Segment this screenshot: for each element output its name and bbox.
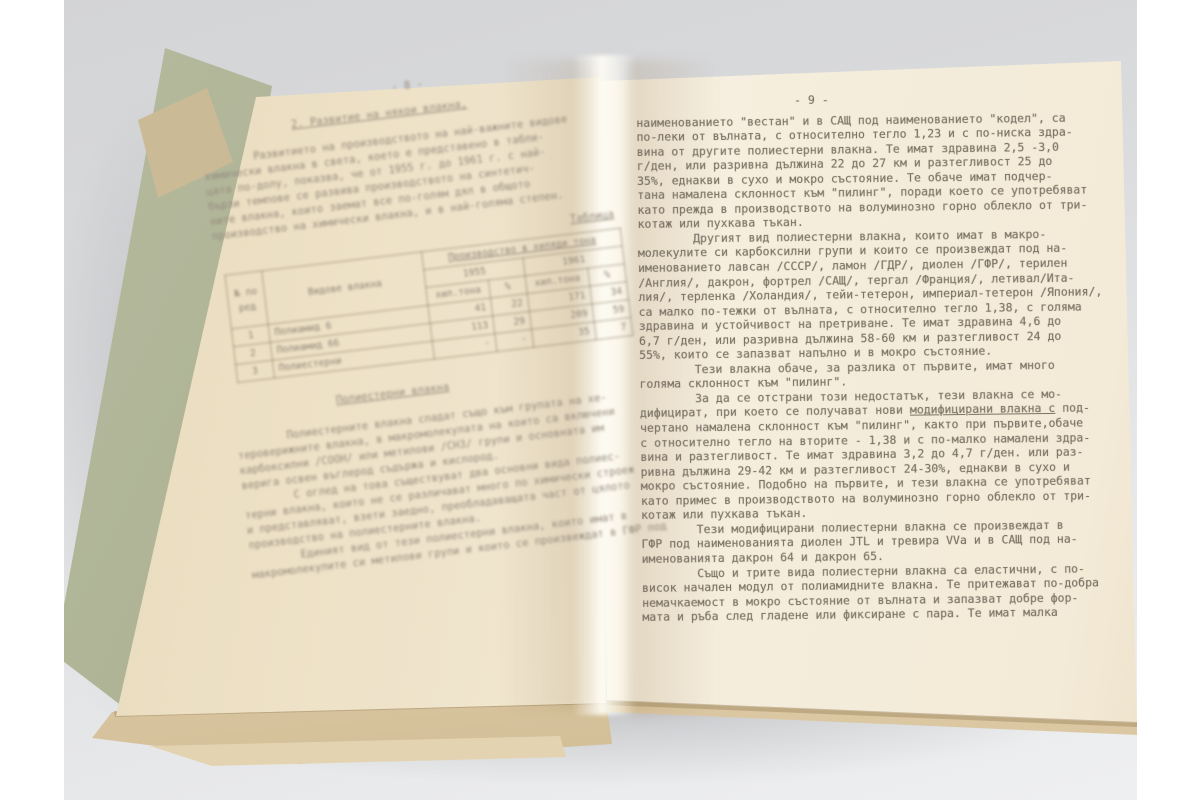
photo-matte-right	[1137, 0, 1200, 800]
left-page-text: - 8 - 2. Развитие на някои влакна, Разви…	[196, 53, 682, 584]
photo-matte-left	[0, 0, 64, 800]
right-page-text: - 9 - наименованието "вестан" и в САЩ по…	[636, 89, 1116, 624]
cell-year1-percent: -	[495, 329, 534, 351]
col-header-num: № по ред	[225, 271, 268, 329]
cell-row-number: 3	[236, 360, 275, 382]
right-body-paragraphs: наименованието "вестан" и в САЩ под наим…	[636, 110, 1116, 625]
photo-of-open-book: - 8 - 2. Развитие на някои влакна, Разви…	[0, 0, 1200, 800]
cell-year2-percent: 7	[594, 318, 633, 340]
